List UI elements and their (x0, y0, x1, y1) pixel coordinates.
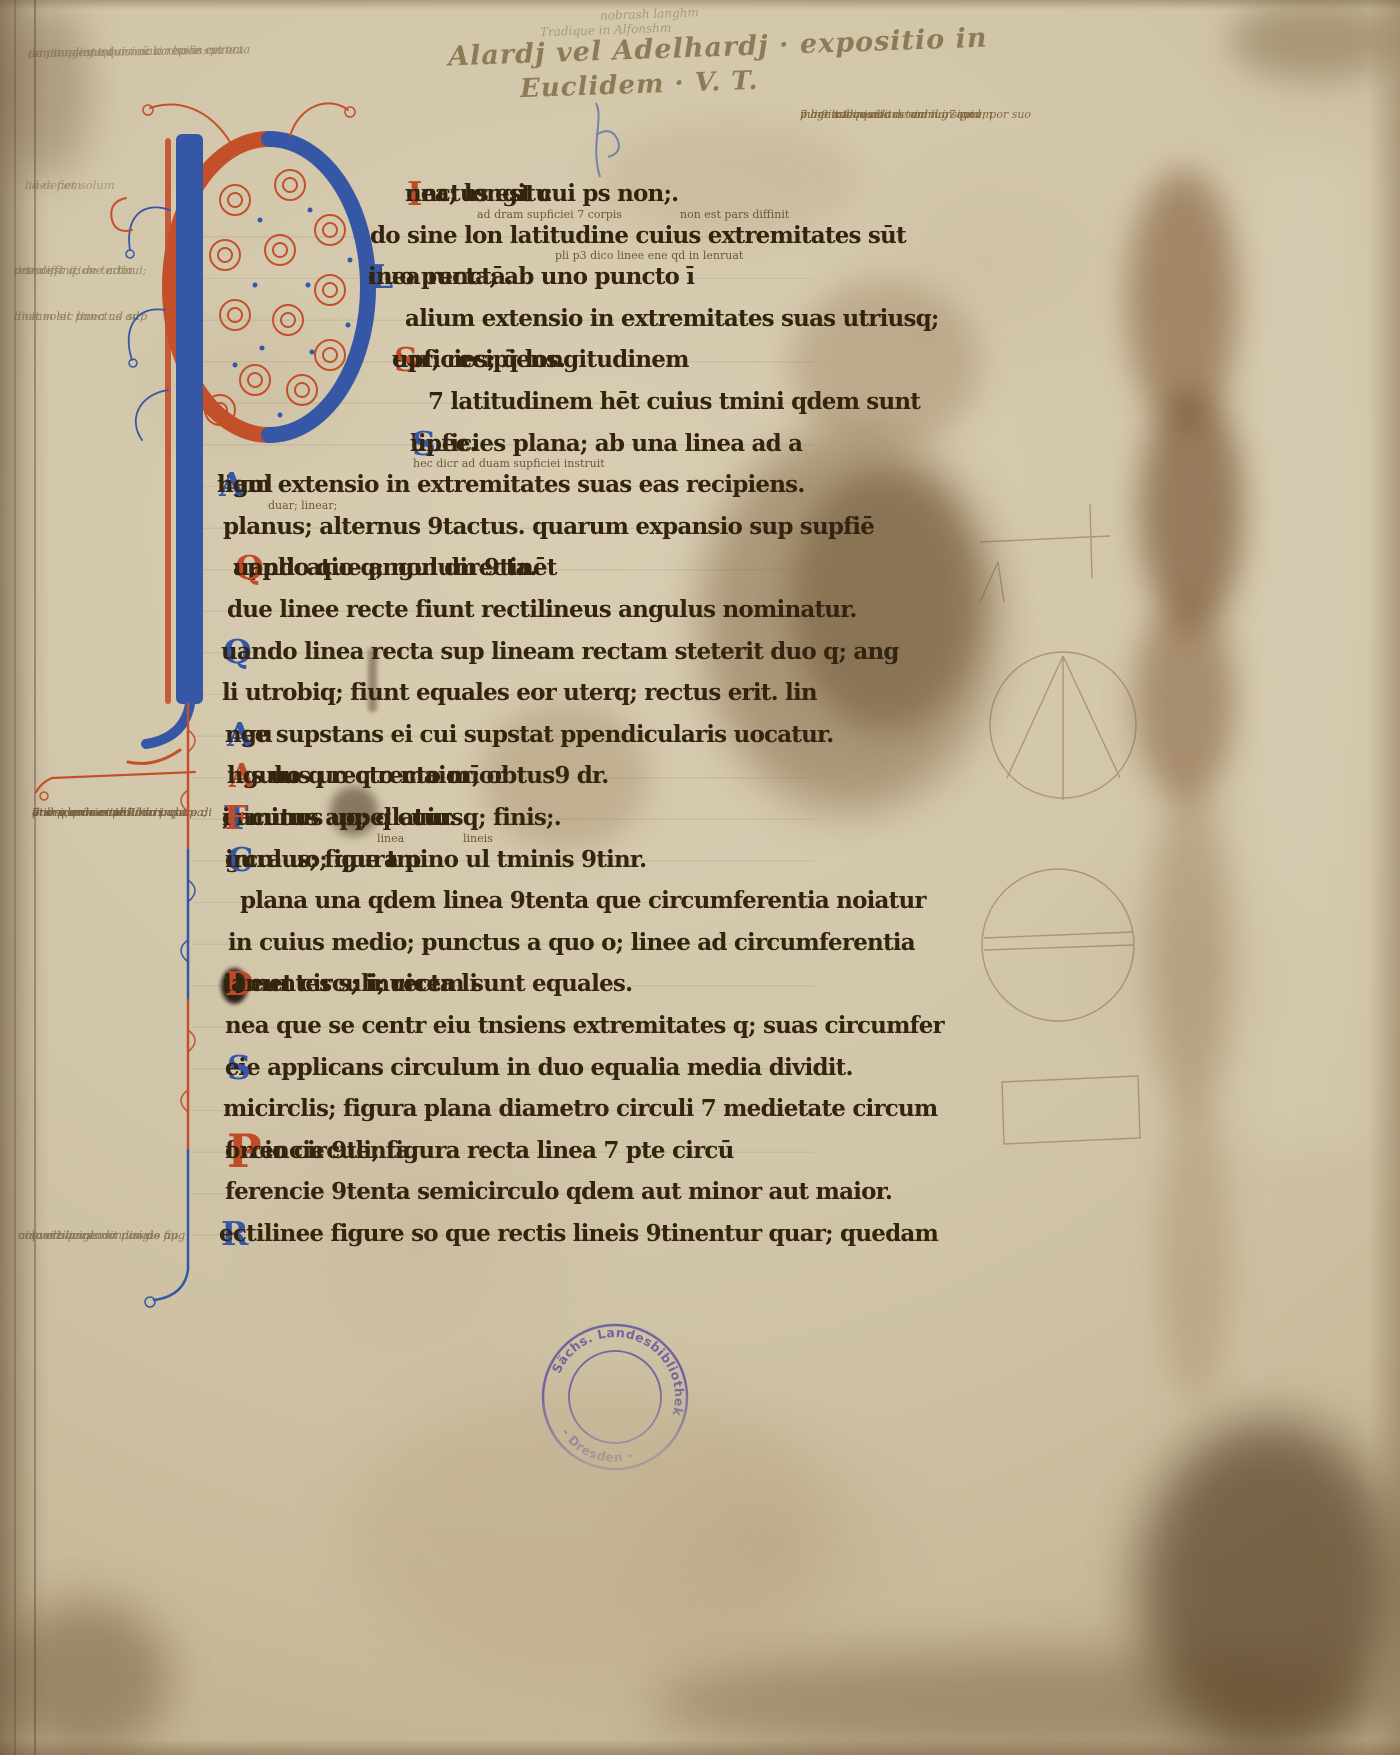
rectangle (1002, 1076, 1140, 1144)
text-segment: do sine lon latitudine cuius extremitate… (370, 221, 906, 251)
text-segment: ngulus uo q recto mīor (227, 761, 505, 791)
interlinear-gloss: non est pars diffinit (680, 208, 789, 221)
text-segment: liam extensio in extremitates suas eas r… (217, 470, 805, 500)
text-segment: orcio circuli; figura recta linea 7 pte … (225, 1136, 734, 1166)
interlinear-gloss: ad dram supficiei 7 corpis (477, 208, 622, 221)
text-segment: micirclis; figura plana diametro circuli… (223, 1094, 937, 1124)
interlinear-gloss: pli p3 dico linee ene qd in lenruat (555, 249, 743, 262)
text-segment: erminus uo; q cuiusq; finis;. (222, 803, 561, 833)
text-segment: upficies; q̄ longitudinem (392, 345, 689, 375)
text-segment: inea recta; ab uno puncto ī (368, 262, 694, 292)
text-segment: iamet circuli; recta li (223, 969, 477, 999)
text-segment: 7 latitudinem hēt cuius tmini qdem sunt (428, 387, 920, 417)
text-segment: nea que se centr eiu tnsiens extremitate… (225, 1011, 944, 1041)
manuscript-page: nobrash langhm Tradique in Alfonshm Alar… (0, 0, 1400, 1755)
interlinear-gloss: duar; linear; (268, 499, 337, 512)
text-segment: upficies plana; ab una linea ad a (410, 429, 802, 459)
interlinear-gloss: lineis (463, 832, 493, 845)
text-segment: ferencie 9tenta semicirculo qdem aut min… (225, 1177, 892, 1207)
text-segment: ectilinee figure so que rectis lineis 9t… (219, 1219, 938, 1249)
text-segment: alium extensio in extremitates suas utri… (405, 304, 939, 334)
text-segment: cie applicans circulum in duo equalia me… (225, 1053, 853, 1083)
text-segment: nee supstans ei cui supstat ppendiculari… (225, 720, 833, 750)
text-segment: ngul (217, 470, 272, 500)
interlinear-gloss: linea (377, 832, 404, 845)
text-segment: in cuius medio; punctus a quo o; linee a… (228, 928, 915, 958)
interlinear-gloss: hec dicr ad duam supficiei instruit (413, 457, 605, 470)
text-segment: nea; longitu (405, 179, 551, 209)
text-segment: irculus; figura p (225, 845, 420, 875)
text-segment: uando que angulum 9tinēt (233, 553, 557, 583)
text-segment: due linee recte fiunt rectilineus angulu… (227, 595, 857, 625)
text-segment: li utrobiq; fiunt equales eor uterq; rec… (222, 678, 817, 708)
text-segment: i (222, 803, 230, 833)
text-segment: planus; alternus 9tactus. quarum expansi… (223, 512, 874, 542)
circle-with-double-chord (982, 869, 1134, 1021)
text-segment: e (225, 1053, 239, 1083)
text-segment: ngu (225, 720, 272, 750)
crossed-lines-and-angle (980, 504, 1110, 602)
text-segment: uando linea recta sup lineam rectam stet… (221, 637, 899, 667)
text-segment: plana una qdem linea 9tenta que circumfe… (240, 886, 926, 916)
geometric-diagrams (940, 470, 1200, 1170)
circle-with-inscribed-angle (990, 652, 1136, 800)
